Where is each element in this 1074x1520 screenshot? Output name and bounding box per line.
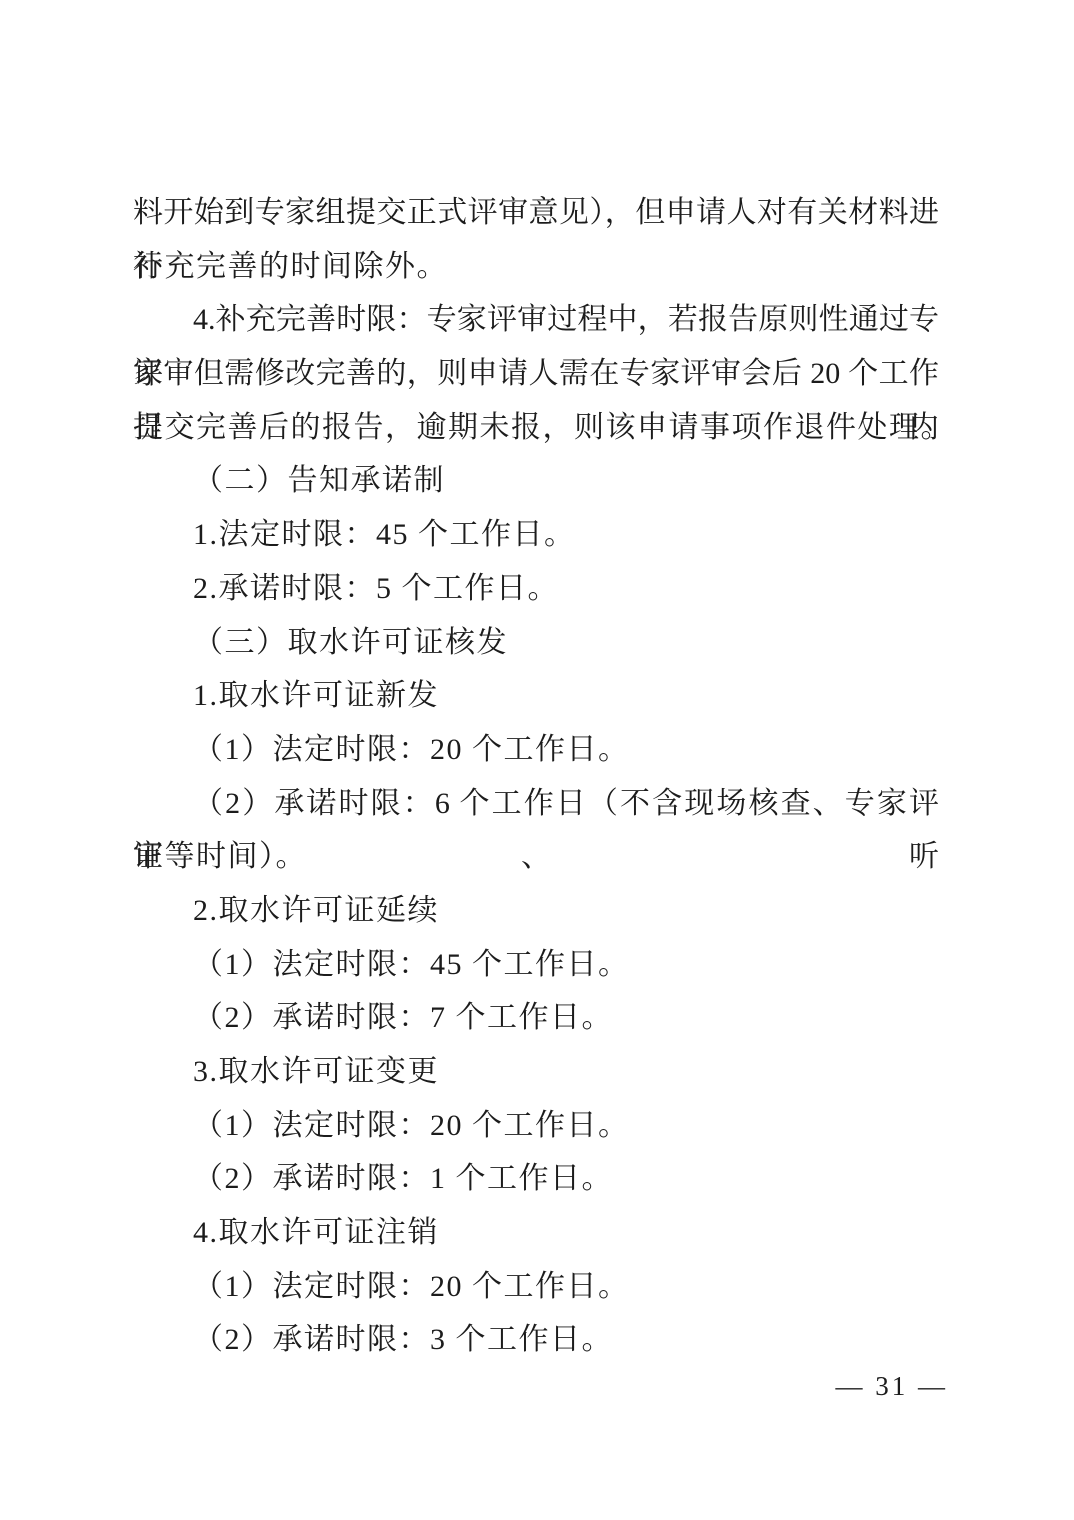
text-line: 提交完善后的报告，逾期未报，则该申请事项作退件处理。 — [133, 401, 939, 455]
document-page: 料开始到专家组提交正式评审意见），但申请人对有关材料进行 补充完善的时间除外。 … — [0, 0, 1074, 1520]
text-line: （2）承诺时限：7 个工作日。 — [133, 991, 939, 1045]
text-line: （1）法定时限：20 个工作日。 — [133, 1099, 939, 1153]
text-line: （1）法定时限：20 个工作日。 — [133, 723, 939, 777]
text-line: 4.补充完善时限：专家评审过程中，若报告原则性通过专家 — [133, 293, 939, 347]
body-text: 料开始到专家组提交正式评审意见），但申请人对有关材料进行 补充完善的时间除外。 … — [133, 186, 939, 1367]
page-number: — 31 — — [836, 1366, 949, 1406]
text-line: （2）承诺时限：1 个工作日。 — [133, 1152, 939, 1206]
text-line: 评审但需修改完善的，则申请人需在专家评审会后 20 个工作日内 — [133, 347, 939, 401]
text-line: （1）法定时限：20 个工作日。 — [133, 1260, 939, 1314]
text-line: 2.取水许可证延续 — [133, 884, 939, 938]
text-line: 3.取水许可证变更 — [133, 1045, 939, 1099]
text-line: （三）取水许可证核发 — [133, 616, 939, 670]
text-line: 料开始到专家组提交正式评审意见），但申请人对有关材料进行 — [133, 186, 939, 240]
text-line: （2）承诺时限：3 个工作日。 — [133, 1313, 939, 1367]
text-line: （1）法定时限：45 个工作日。 — [133, 938, 939, 992]
text-line: 补充完善的时间除外。 — [133, 240, 939, 294]
text-line: （2）承诺时限：6 个工作日（不含现场核查、专家评审、听 — [133, 777, 939, 831]
text-line: 1.取水许可证新发 — [133, 669, 939, 723]
text-line: 4.取水许可证注销 — [133, 1206, 939, 1260]
text-line: 2.承诺时限：5 个工作日。 — [133, 562, 939, 616]
text-line: 1.法定时限：45 个工作日。 — [133, 508, 939, 562]
text-line: （二）告知承诺制 — [133, 454, 939, 508]
